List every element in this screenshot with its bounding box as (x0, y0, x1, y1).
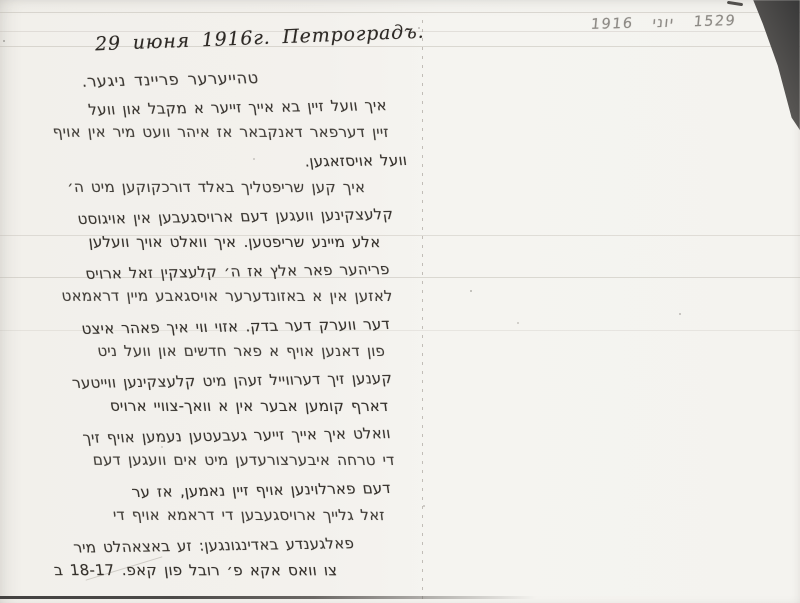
salutation-line: טהייערער פריינד ניגער. (80, 68, 260, 91)
letter-line: פון דאנען אויף א פאר חדשים און וועל ניט (22, 338, 387, 366)
letter-line: דארף קומען אבער אין א וואך-צוויי ארויס (22, 393, 390, 421)
archival-note: 1529 יוני 1916 (590, 13, 737, 33)
scan-corner-shadow (740, 0, 800, 140)
scan-corner-mark (727, 1, 743, 6)
scanned-letter-page: 1529 יוני 1916 29 июня 1916г. Петроградъ… (0, 0, 800, 603)
date-line: 29 июня 1916г. Петроградъ. (95, 21, 425, 56)
letter-body: איך וועל זיין בא אייך זייער א מקבל און ו… (23, 92, 392, 586)
letter-line: די טרחה איבערצורעדען מיט אים וועגען דעם (23, 447, 397, 475)
page-fold-line (422, 20, 423, 603)
letter-line: לאזען אין א באזונדערער אויסגאבע מיין דרא… (22, 283, 395, 311)
scan-streak (0, 12, 800, 13)
letter-line: צו וואס אקא פ׳ רובל פון קאפ. 18-17 ב (23, 557, 339, 585)
letter-line: זאל גלייך ארויסגעבען די דראמא אויף די (23, 502, 387, 530)
letter-line: איך קען שריפטליך באלד דורכקוקען מיט ה׳ (21, 174, 367, 202)
letter-line: אלע מיינע שריפטען. איך וואלט אויך וועלען (22, 229, 383, 257)
letter-line: זיין דערפאר דאנקבאר אז איהר וועט מיר אין… (21, 119, 391, 147)
page-bottom-edge (0, 596, 570, 599)
paper-specks (0, 0, 2, 2)
